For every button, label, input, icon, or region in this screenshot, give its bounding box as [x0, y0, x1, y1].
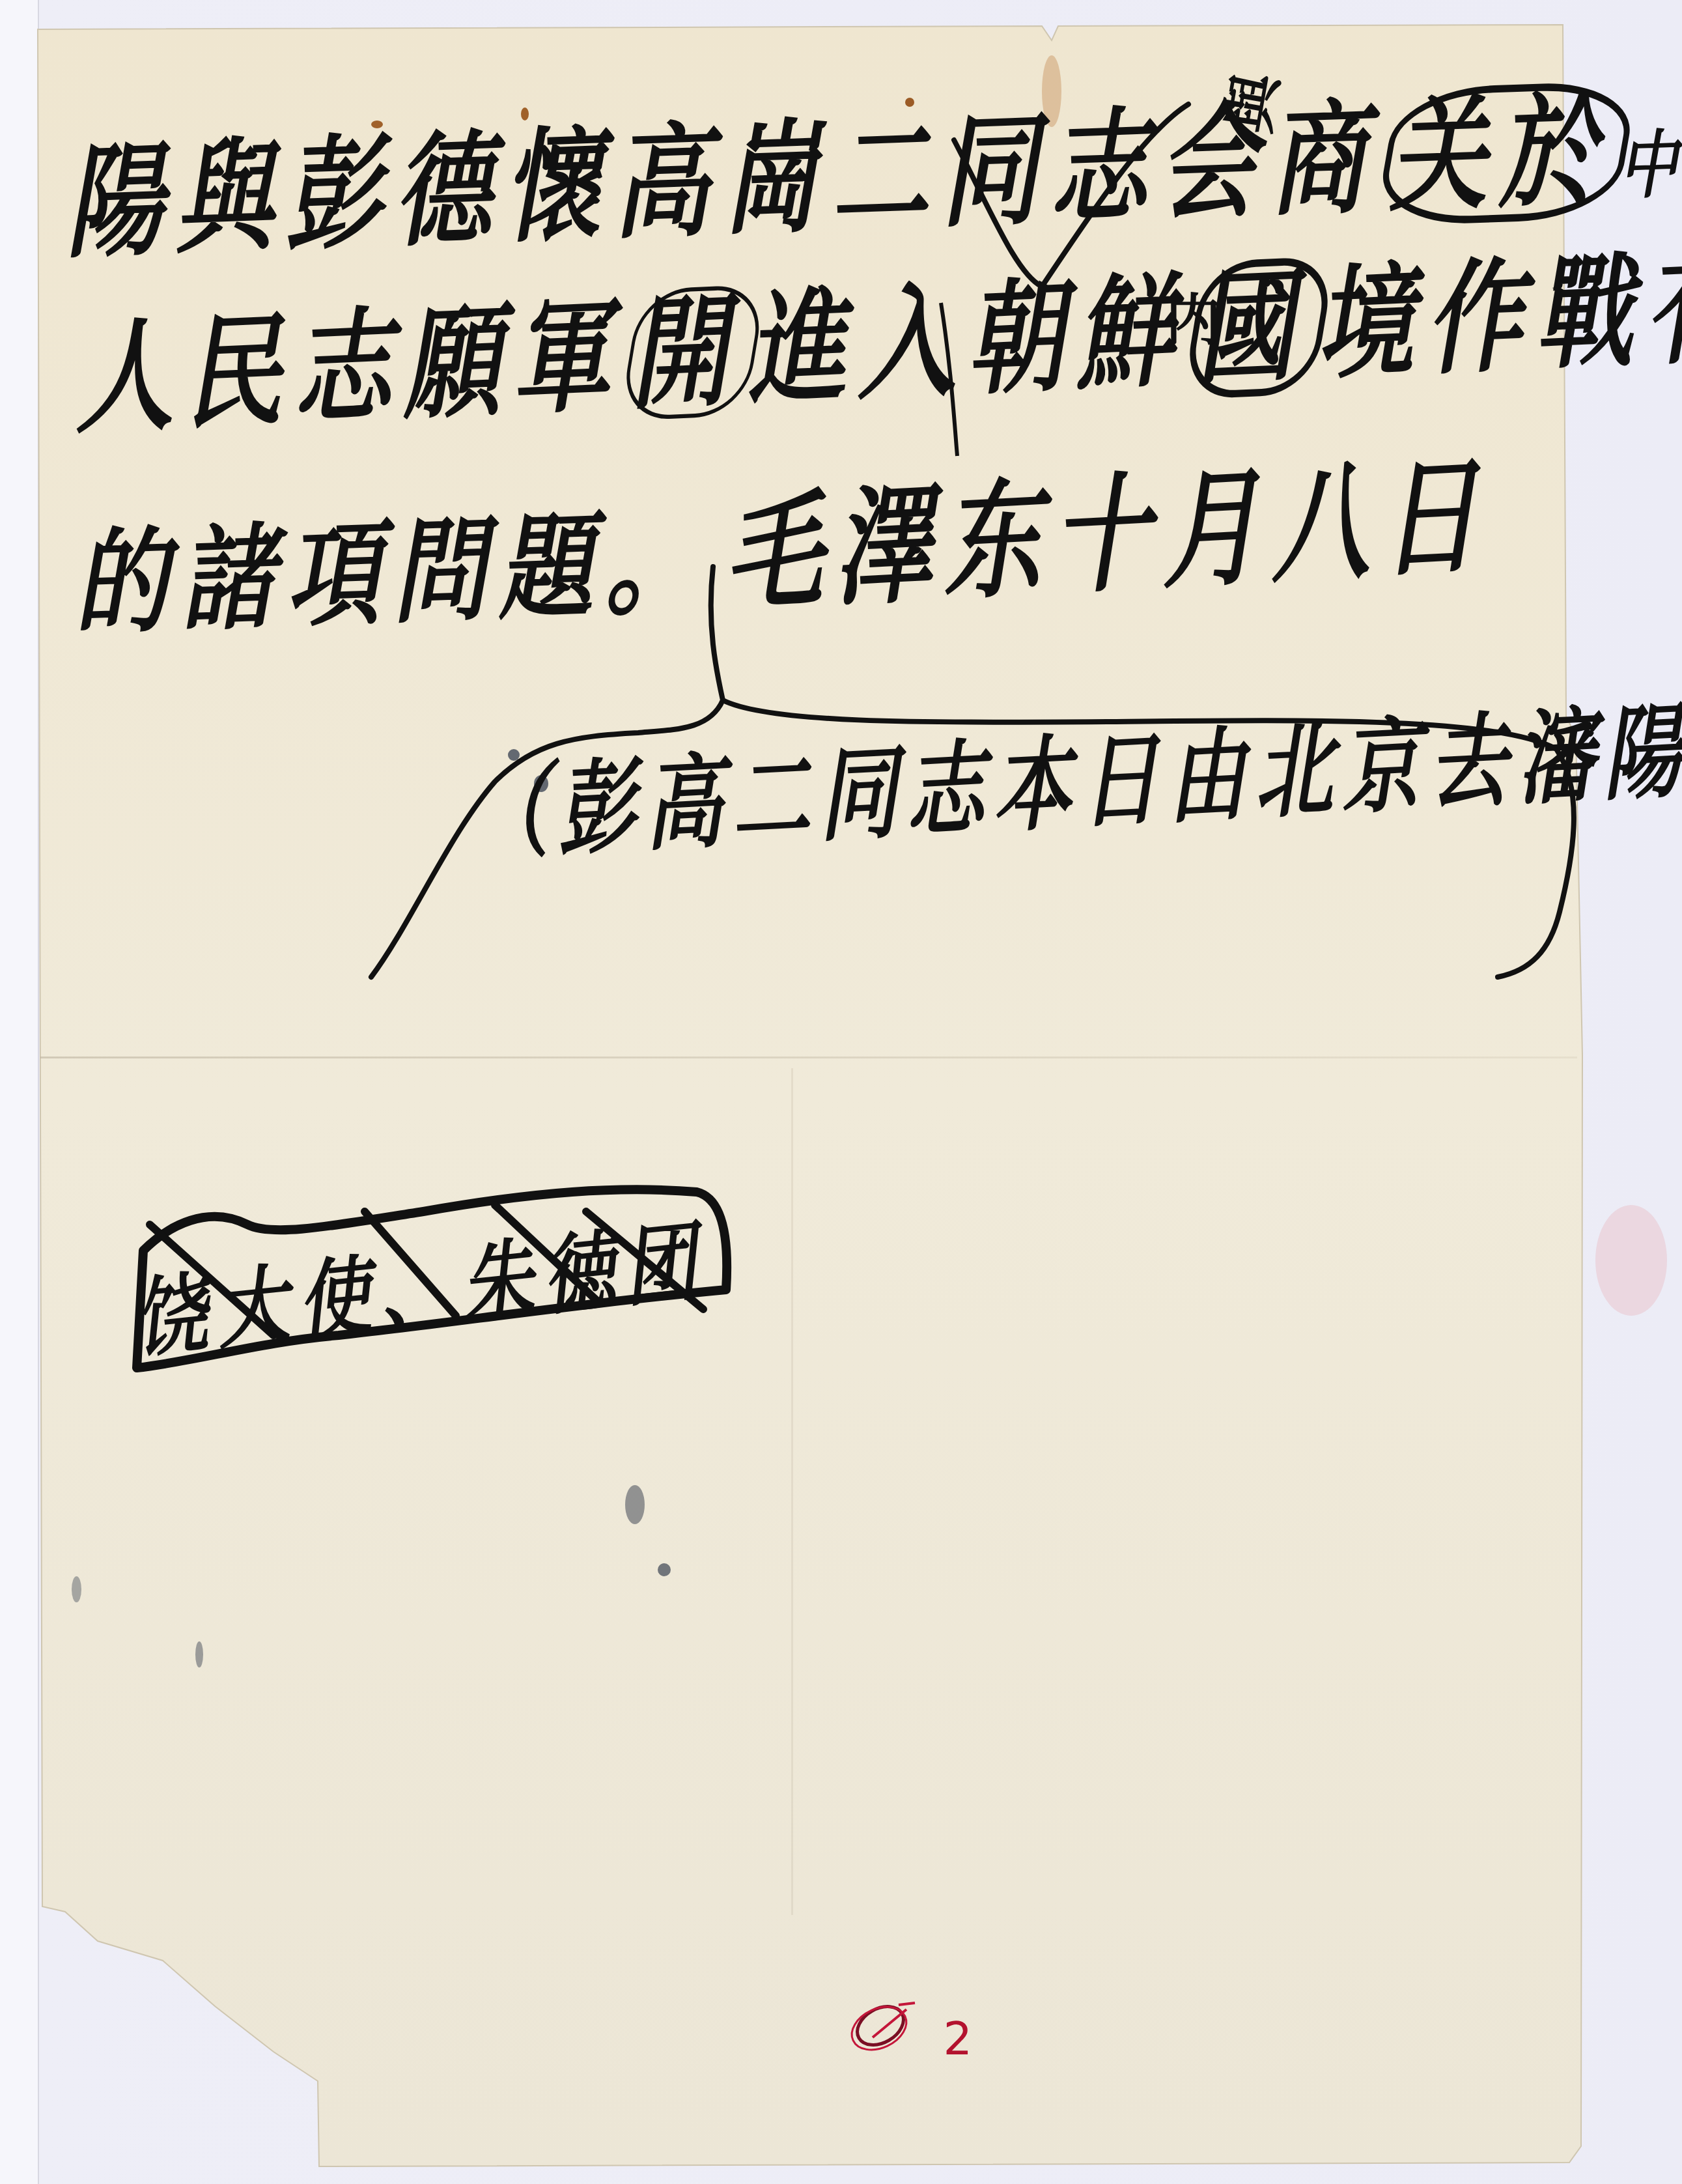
ink-bleed — [658, 1563, 671, 1576]
text-line-2-d: 作戰有関 — [1422, 229, 1682, 392]
circled-text: 关於 — [1374, 80, 1639, 226]
text-line-2-b: 進入朝鮮 — [744, 259, 1205, 422]
signature-date: 十月八日 — [1049, 439, 1510, 612]
ink-bleed — [72, 1576, 81, 1602]
text-line-3: 的諸項問題。 — [72, 505, 728, 642]
signature-and-date: 毛澤东十月八日 — [723, 451, 1508, 619]
archive-mark-number: 2 — [943, 2012, 972, 2065]
paper-fold-vertical — [791, 1068, 793, 1915]
ink-bleed — [195, 1641, 203, 1667]
text-line-2-a: 人民志願軍 — [71, 283, 641, 451]
archive-mark: Ø 2 — [860, 2006, 972, 2067]
insertion-above-line-2: 内 — [1166, 293, 1233, 348]
insertion-above-line-1: 與 — [1218, 66, 1287, 137]
ink-bleed — [625, 1485, 645, 1524]
signature-name: 毛澤东 — [721, 462, 1072, 630]
circled-text: 開 — [619, 284, 767, 421]
paper-fold-horizontal — [40, 1057, 1577, 1058]
red-stain — [1595, 1205, 1667, 1316]
